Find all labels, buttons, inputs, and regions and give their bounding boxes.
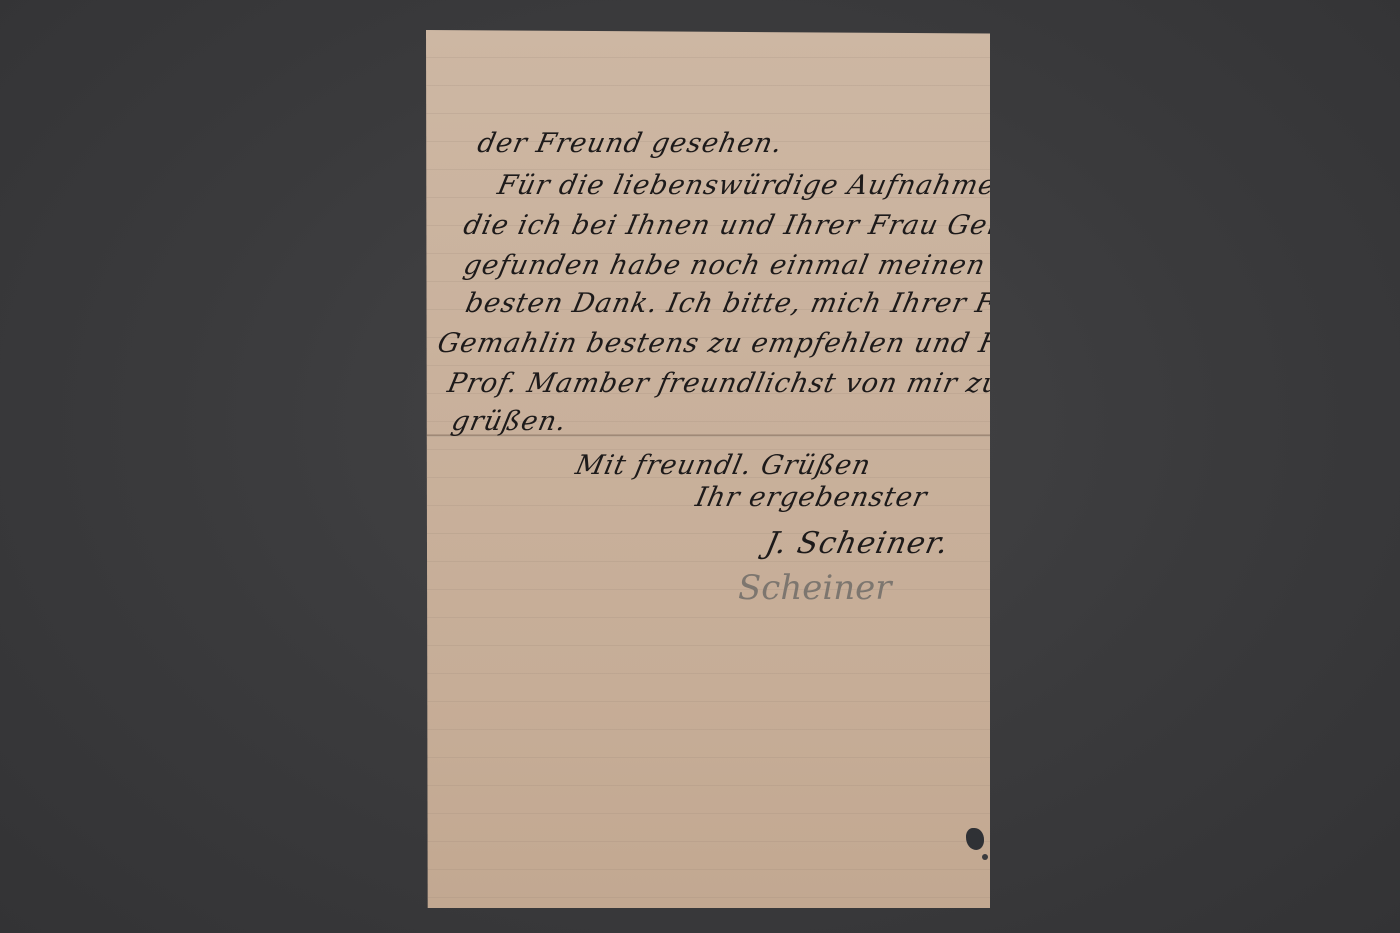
letter-line-2: Für die liebenswürdige Aufnahme [495, 170, 999, 201]
closing-line-1: Mit freundl. Grüßen [573, 450, 874, 481]
ink-spot [982, 854, 988, 860]
letter-page: der Freund gesehen. Für die liebenswürdi… [426, 30, 990, 908]
letter-line-1: der Freund gesehen. [475, 128, 786, 159]
letter-line-7: Prof. Mamber freundlichst von mir zu [445, 368, 1004, 399]
pencil-annotation: Scheiner [738, 568, 892, 608]
closing-line-2: Ihr ergebenster [693, 482, 931, 513]
ink-stain [966, 828, 984, 850]
signature: J. Scheiner. [762, 526, 952, 561]
letter-line-4: gefunden habe noch einmal meinen [461, 250, 989, 281]
letter-line-8: grüßen. [449, 406, 570, 437]
letter-line-6: Gemahlin bestens zu empfehlen und Herrn [435, 328, 1071, 359]
letter-line-5: besten Dank. Ich bitte, mich Ihrer Frau [463, 288, 1049, 319]
